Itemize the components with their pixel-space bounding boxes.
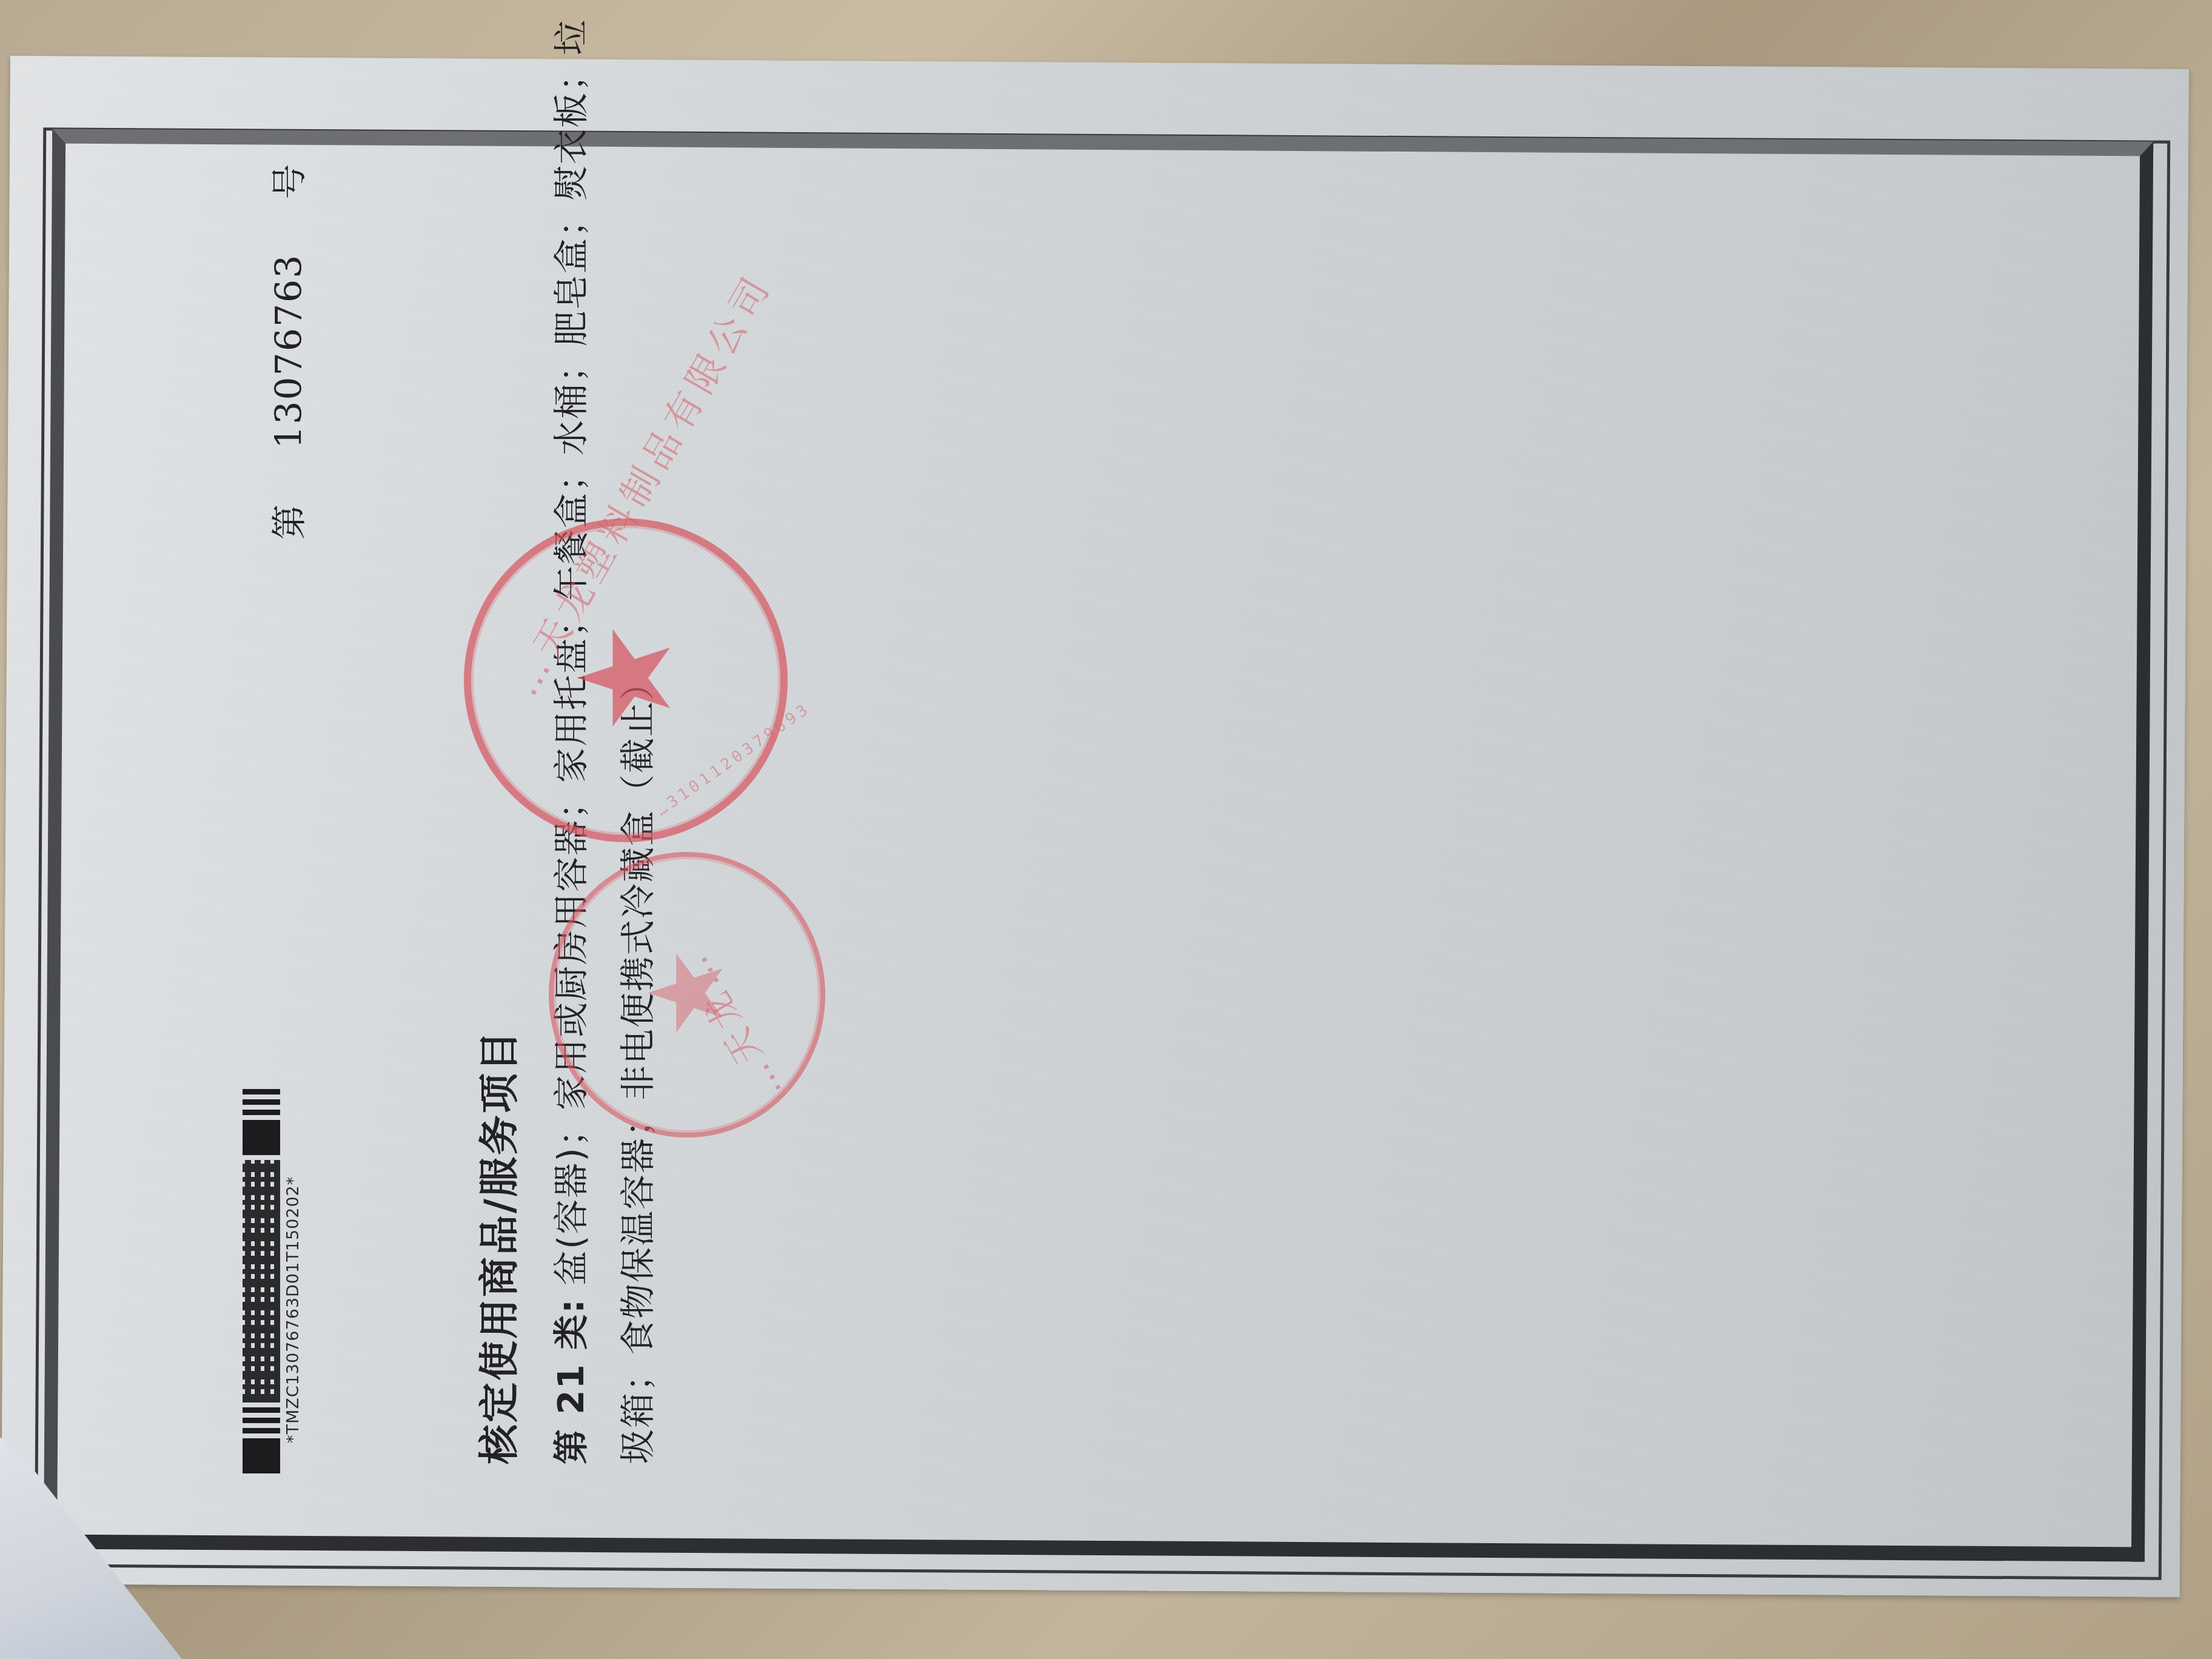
registration-number-line: 第13076763号 xyxy=(261,163,312,540)
barcode: *TMZC13076763D01T150202* xyxy=(243,1089,303,1473)
goods-heading: 核定使用商品/服务项目 xyxy=(467,1030,525,1464)
barcode-text: *TMZC13076763D01T150202* xyxy=(284,1089,303,1473)
star-icon: ★ xyxy=(562,621,689,735)
inner-border xyxy=(44,129,2153,1561)
goods-class-label: 第 21 类: xyxy=(551,1298,592,1464)
company-seal-1: ★ …天龙塑料制品有限公司 …3101120379693 xyxy=(464,518,788,842)
company-seal-2: ★ …天龙… xyxy=(549,852,825,1138)
registration-number: 13076763 xyxy=(268,254,310,449)
registration-prefix: 第 xyxy=(269,503,310,540)
registration-suffix: 号 xyxy=(269,163,310,199)
document-page xyxy=(1,56,2189,1597)
barcode-icon xyxy=(243,1089,280,1473)
